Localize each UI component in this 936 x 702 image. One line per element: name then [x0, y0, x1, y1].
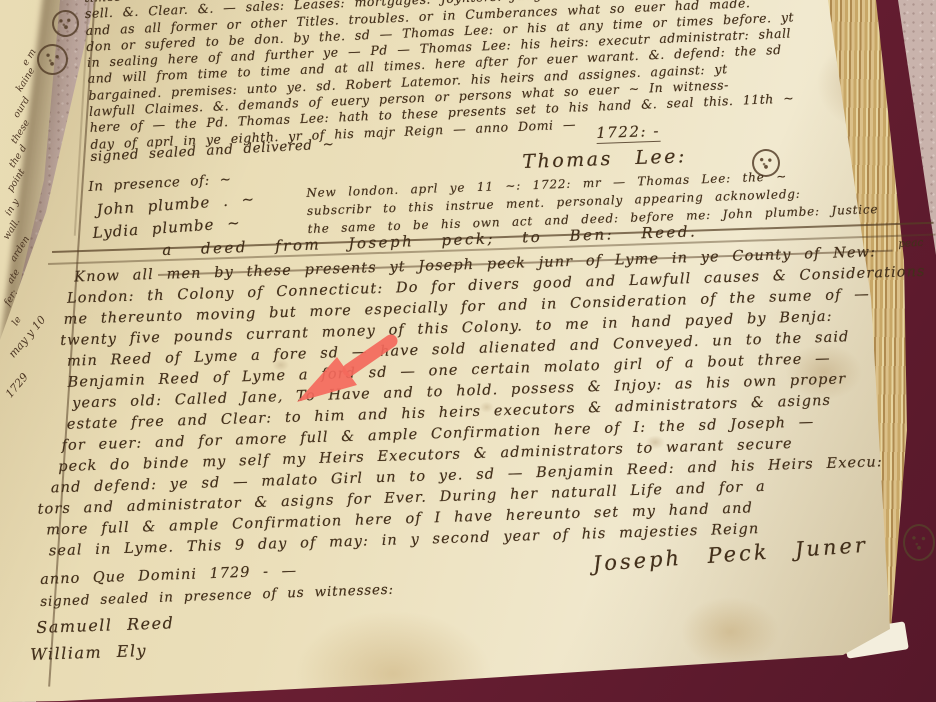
manuscript-photo: e m kaine ourd these the d point in y wa…: [0, 0, 936, 702]
witness-name: William Ely: [30, 641, 147, 664]
year-1722: 1722: -: [596, 122, 660, 144]
annotation-arrow-icon: [287, 332, 399, 410]
deed-text: Know all men by these presents yt Joseph…: [58, 241, 934, 562]
seal-doodle-icon: [903, 524, 935, 561]
